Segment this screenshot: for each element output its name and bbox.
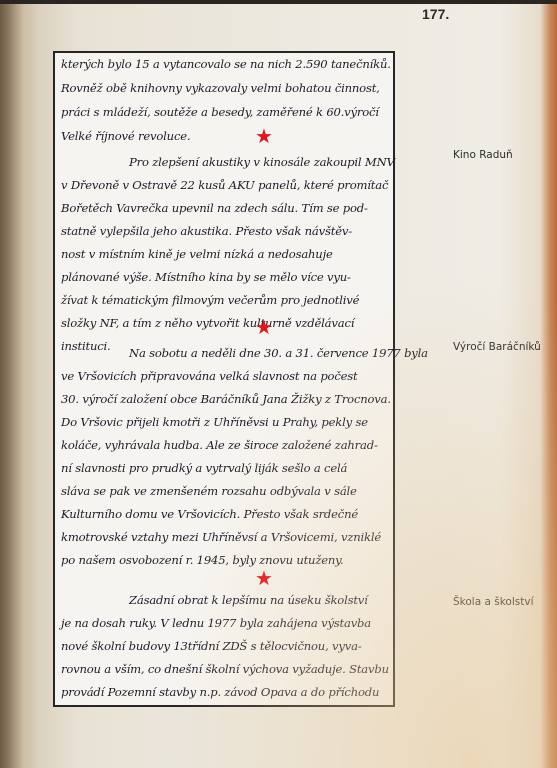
text-line: plánované výše. Místního kina by se mělo…	[61, 270, 351, 284]
margin-note-skolstvi: Škola a školství	[453, 596, 534, 608]
text-line: ve Vršovicích připravována velká slavnos…	[61, 369, 357, 383]
text-line: provádí Pozemní stavby n.p. závod Opava …	[61, 685, 379, 699]
text-line: Do Vršovic přijeli kmotři z Uhříněvsi u …	[61, 415, 368, 429]
red-star-icon: ★	[255, 127, 273, 145]
text-line: Na sobotu a neděli dne 30. a 31. červenc…	[129, 346, 428, 360]
text-line: kterých bylo 15 a vytancovalo se na nich…	[61, 57, 391, 71]
book-top-edge	[0, 0, 557, 4]
text-line: koláče, vyhrávala hudba. Ale ze široce z…	[61, 438, 378, 452]
text-line: Bořetěch Vavrečka upevnil na zdech sálu.…	[61, 201, 368, 215]
text-line: kmotrovské vztahy mezi Uhříněvsí a Vršov…	[61, 530, 381, 544]
text-line: Rovněž obě knihovny vykazovaly velmi boh…	[61, 81, 380, 95]
text-line: složky NF, a tím z něho vytvořit kulturn…	[61, 316, 354, 330]
red-star-icon: ★	[255, 569, 273, 587]
text-line: Zásadní obrat k lepšímu na úseku školstv…	[129, 593, 368, 607]
text-line: je na dosah ruky. V lednu 1977 byla zahá…	[61, 616, 371, 630]
text-line: v Dřevoně v Ostravě 22 kusů AKU panelů, …	[61, 178, 388, 192]
text-line: nost v místním kině je velmi nízká a ned…	[61, 247, 333, 261]
text-line: práci s mládeží, soutěže a besedy, zaměř…	[61, 105, 379, 119]
red-star-icon: ★	[255, 318, 273, 336]
text-line: po našem osvobození r. 1945, byly znovu …	[61, 553, 343, 567]
margin-note-baracniku: Výročí Baráčníků	[453, 341, 541, 353]
text-line: statně vylepšila jeho akustika. Přesto v…	[61, 224, 352, 238]
text-line: 30. výročí založení obce Baráčníků Jana …	[61, 392, 391, 406]
text-line: rovnou a vším, co dnešní školní výchova …	[61, 662, 389, 676]
text-line: sláva se pak ve zmenšeném rozsahu odbýva…	[61, 484, 357, 498]
text-line: Pro zlepšení akustiky v kinosále zakoupi…	[129, 155, 395, 169]
text-line: instituci.	[61, 339, 111, 353]
text-line: nové školní budovy 13třídní ZDŠ s tělocv…	[61, 639, 362, 653]
page-number: 177.	[422, 6, 449, 22]
text-line: Kulturního domu ve Vršovicích. Přesto vš…	[61, 507, 358, 521]
margin-note-kino: Kino Raduň	[453, 149, 513, 161]
text-line: ní slavnosti pro prudký a vytrvalý liják…	[61, 461, 347, 475]
text-line: Velké říjnové revoluce.	[61, 129, 190, 143]
text-line: žívat k tématickým filmovým večerům pro …	[61, 293, 359, 307]
chronicle-text-frame: kterých bylo 15 a vytancovalo se na nich…	[53, 51, 395, 707]
